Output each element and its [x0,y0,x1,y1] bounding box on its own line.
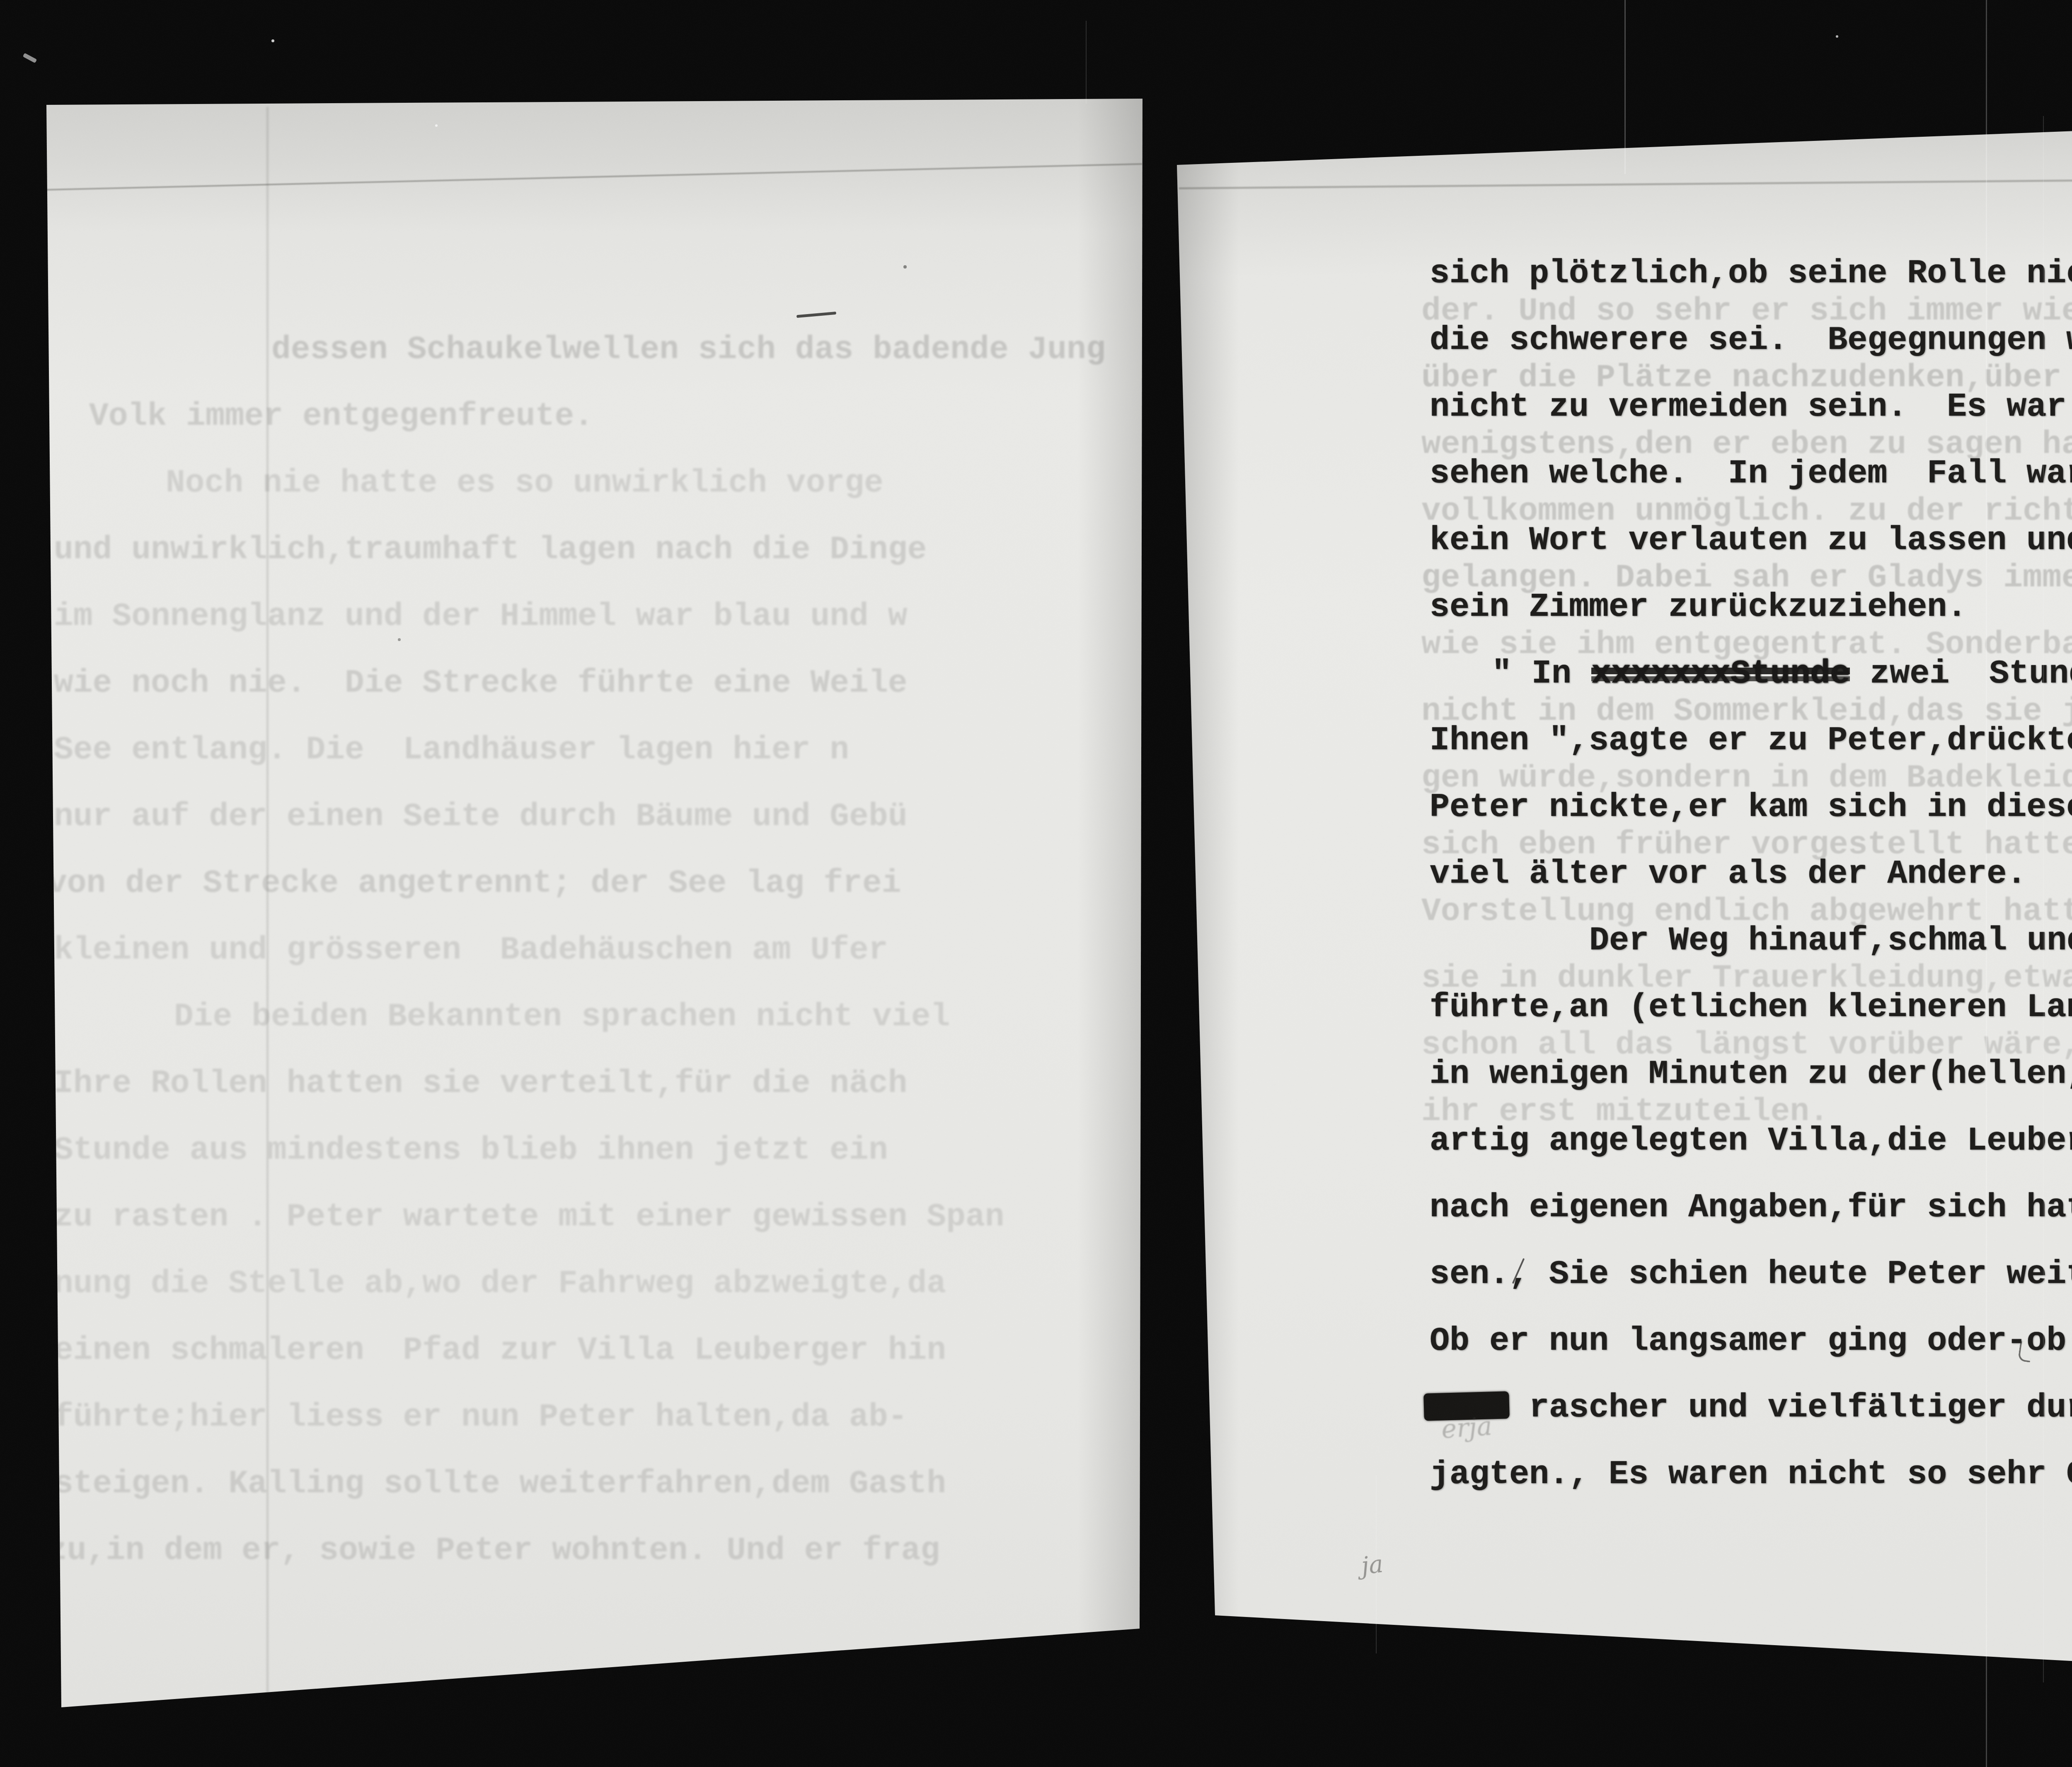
left-ghost-line: Noch nie hatte es so unwirklich vorge [166,465,884,501]
left-ghost-line: kleinen und grösseren Badehäuschen am Uf… [54,932,888,968]
dust-speck [435,124,438,127]
typed-line: artig angelegten Villa,die Leuberger,nat… [1430,1122,2072,1160]
typed-text-fragment: zwei Stunden folge ich [1850,655,2072,693]
left-ghost-line: Die beiden Bekannten sprachen nicht viel [174,999,950,1035]
left-ghost-line: wie noch nie. Die Strecke führte eine We… [54,665,908,702]
film-scratch [1624,0,1626,174]
left-ghost-line: nur auf der einen Seite durch Bäume und … [54,799,908,835]
typed-line: führte,an (etlichen kleineren Landhäuser… [1430,989,2072,1026]
dust-speck [1836,35,1838,38]
typed-line: Der Weg hinauf,schmal und wohlgepffegt, [1589,922,2072,960]
typed-line: kein Wort verlauten zu lassen und sich s… [1430,522,2072,559]
left-ghost-line: von der Strecke angetrennt; der See lag … [48,865,901,902]
film-scratch [1086,21,1087,104]
typed-text-fragment: " In [1492,655,1591,693]
left-page-gutter-shadow [1077,99,1143,1709]
typed-line: in wenigen Minuten zu der(hellen,ziemlic… [1430,1055,2072,1093]
left-ghost-line: und unwirklich,traumhaft lagen nach die … [54,532,927,568]
film-scuff [23,53,37,63]
paper-speck [903,265,907,269]
left-ghost-line: Stunde aus mindestens blieb ihnen jetzt … [54,1132,888,1169]
manuscript-scan: dessen Schaukelwellen sich das badende J… [0,0,2072,1767]
left-ghost-line: Volk immer entgegenfreute. [89,398,593,435]
typed-line: Peter nickte,er kam sich in diesem Augen… [1430,789,2072,826]
strikethrough-word: xxxxxxxStunde [1591,655,1850,693]
pencil-dash-mark [796,312,836,318]
typed-line: nach eigenen Angaben,für sich hatte erba… [1430,1189,2072,1227]
left-ghost-line: nung die Stelle ab,wo der Fahrweg abzwei… [54,1266,946,1302]
typed-line: jagten., Es waren nicht so sehr Gedanken… [1430,1456,2072,1493]
left-ghost-line: zu,in dem er, sowie Peter wohnten. Und e… [48,1532,940,1569]
paper-speck [398,638,401,641]
film-scratch [1986,0,1987,1767]
left-page-crease [46,163,1142,191]
left-ghost-line: zu rasten . Peter wartete mit einer gewi… [54,1199,1005,1235]
left-ghost-line: steigen. Kalling sollte weiterfahren,dem… [54,1466,946,1502]
right-page-crease [1179,176,2072,189]
typed-line: sich plötzlich,ob seine Rolle nicht eige… [1430,255,2072,293]
typed-line: sein Zimmer zurückzuziehen. [1430,588,1967,626]
typed-line: sen., Sie schien heute Peter weiter als … [1430,1256,2072,1293]
typed-line: sehen welche. In jedem Fall war er entsc… [1430,455,2072,493]
typed-line: Ihnen ",sagte er zu Peter,drückte ihm di… [1430,722,2072,760]
film-scratch [1376,1475,1377,1653]
typed-line: viel älter vor als der Andere. [1430,855,2026,893]
typed-line: Ob er nun langsamer ging oder-ob die Ged… [1430,1322,2072,1360]
typed-line: " In xxxxxxxStunde zwei Stunden folge ic… [1492,655,2072,693]
right-page-gutter-shadow [1177,164,1239,1643]
left-ghost-line: führte;hier liess er nun Peter halten,da… [54,1399,908,1435]
pencil-ja-mark: ja [1360,1549,1385,1580]
left-ghost-line: dessen Schaukelwellen sich das badende J… [271,332,1106,368]
typed-line: die schwerere sei. Begegnungen würden vi… [1430,322,2072,359]
left-ghost-line: Ihre Rollen hatten sie verteilt,für die … [54,1065,908,1102]
left-ghost-line: im Sonnenglanz und der Himmel war blau u… [54,598,908,635]
dust-speck [271,39,274,42]
typed-line: rascher und vielfältiger durch sein Gehi… [1529,1389,2072,1427]
pencil-erja-mark: erja [1440,1411,1493,1444]
left-ghost-line: See entlang. Die Landhäuser lagen hier n [54,732,849,768]
typed-line: nicht zu vermeiden sein. Es war nicht vo… [1430,388,2072,426]
film-scratch [2043,116,2044,1682]
left-page-vertical-fold [266,107,269,1694]
left-ghost-line: einen schmaleren Pfad zur Villa Leuberge… [54,1332,946,1369]
